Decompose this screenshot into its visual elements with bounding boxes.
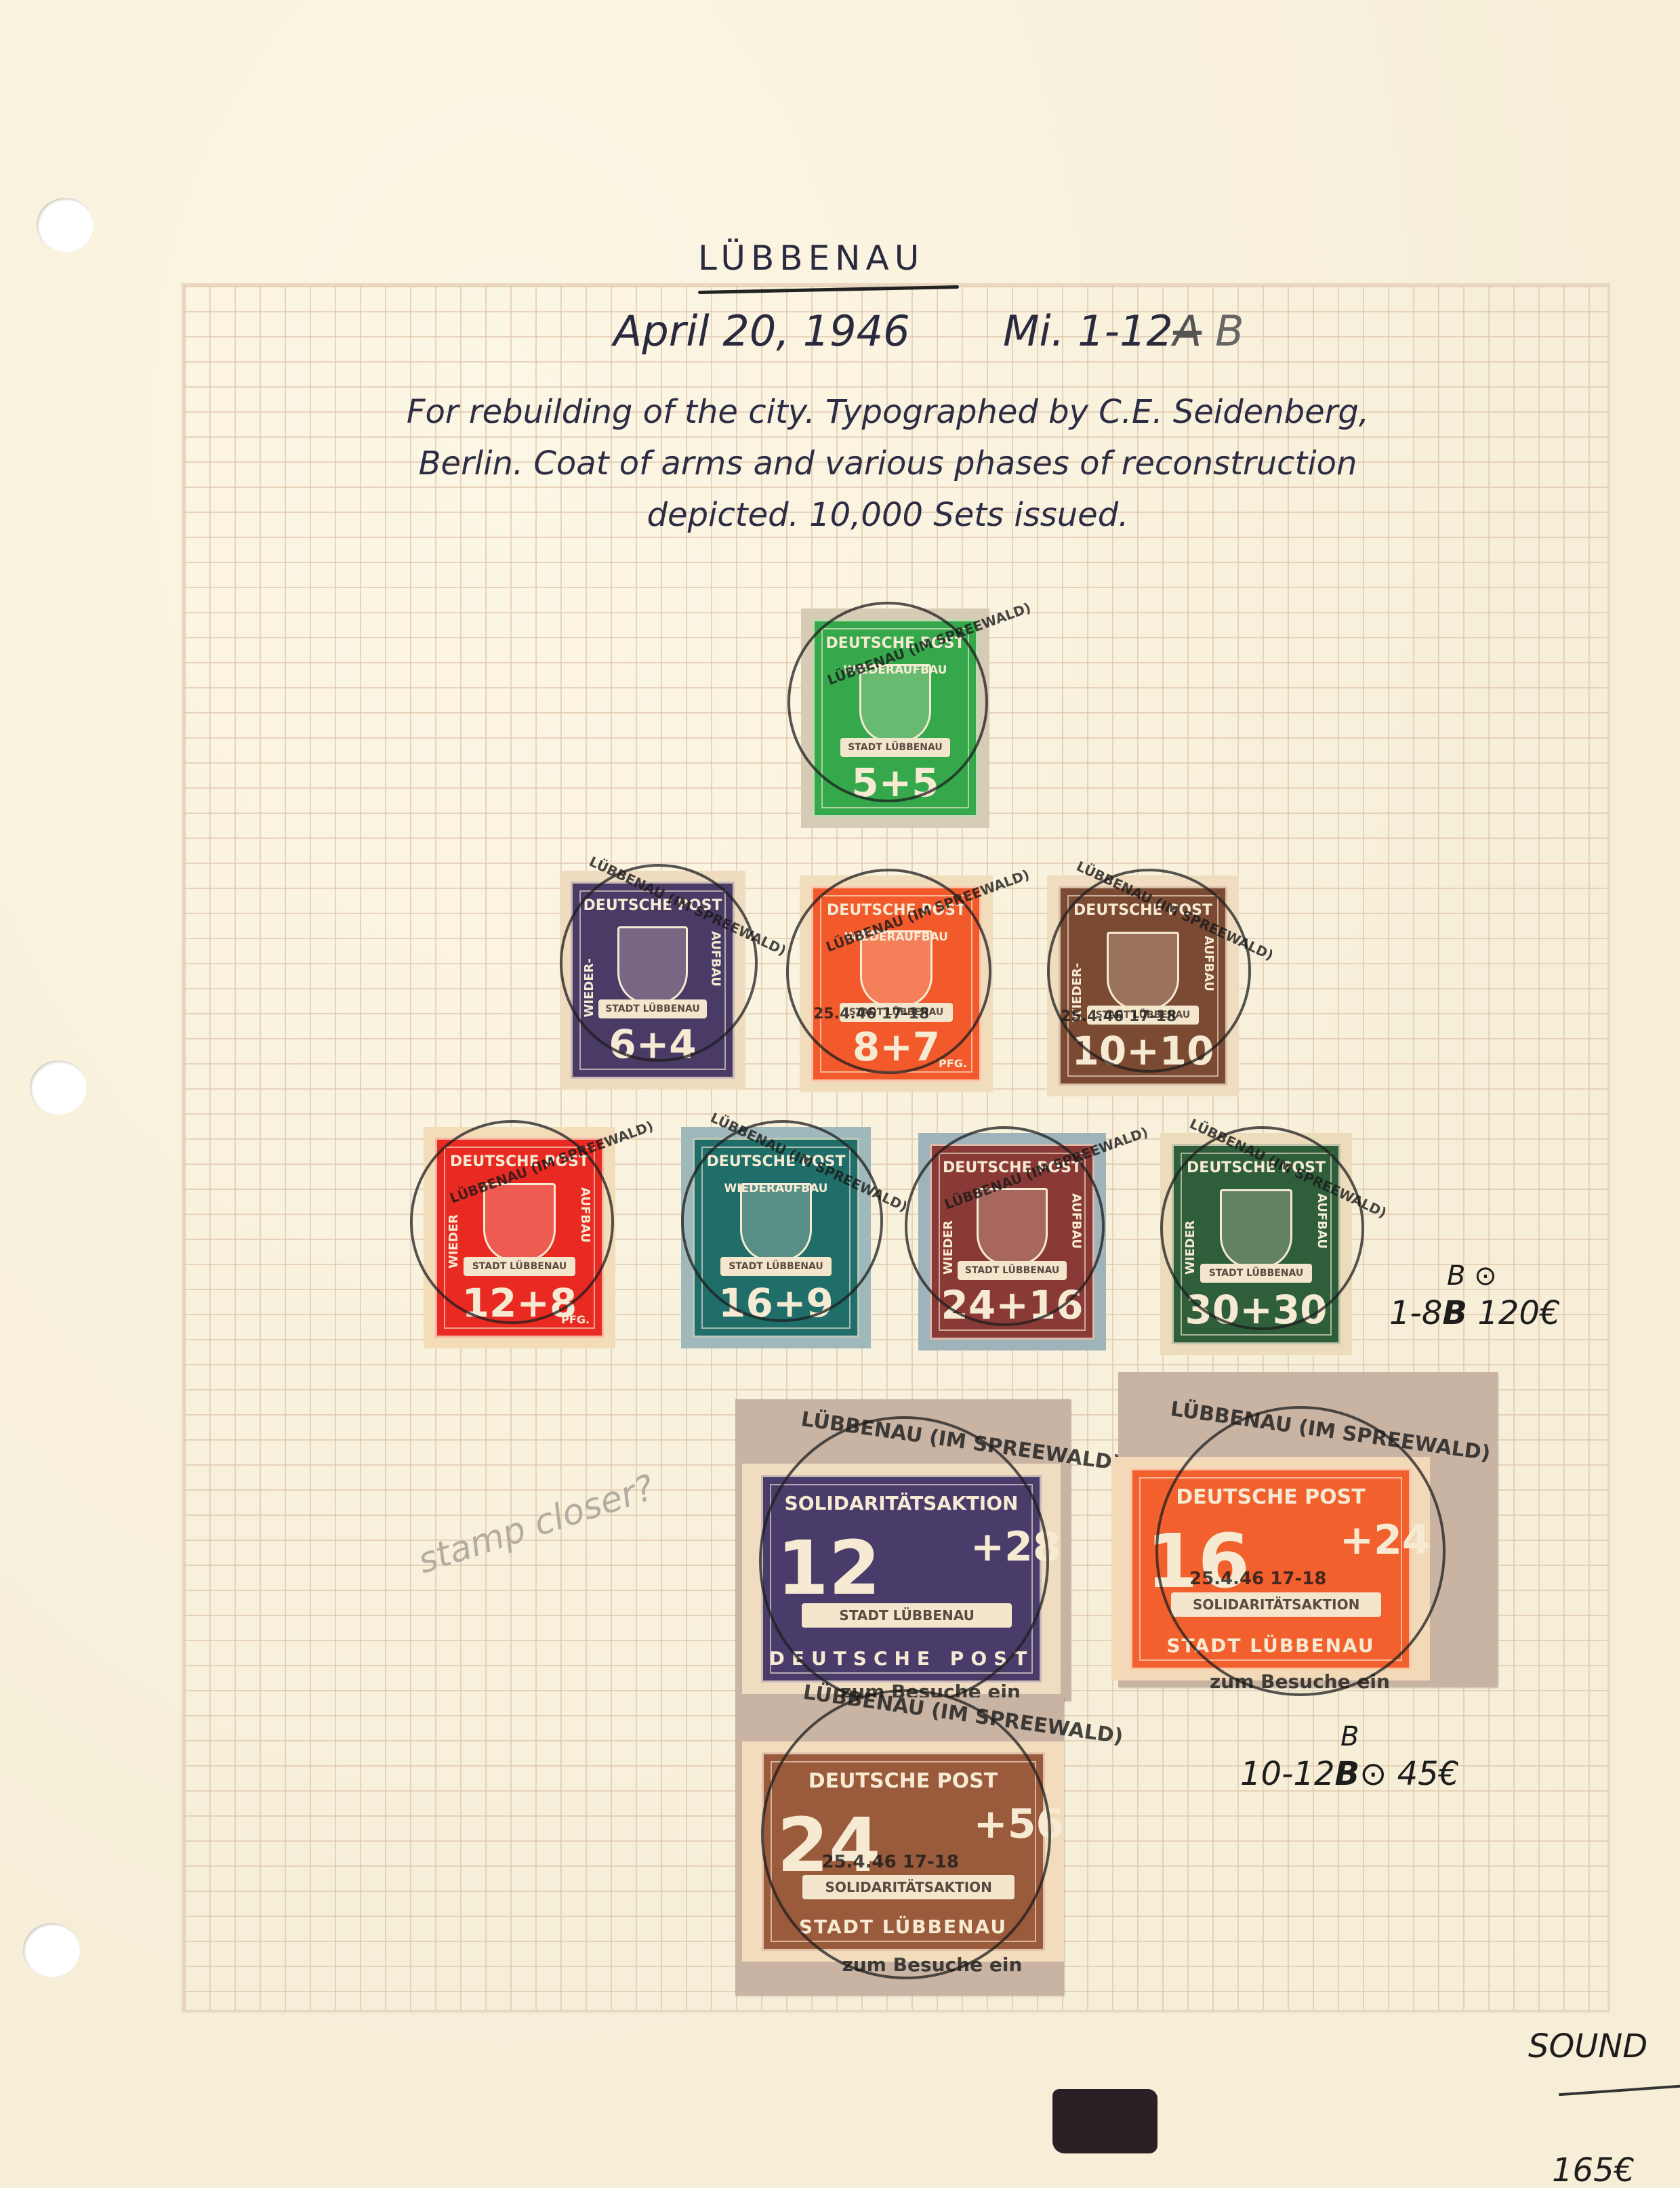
cancel-date: 25.4.46 17-18 (1189, 1569, 1326, 1589)
punch-hole (37, 198, 94, 252)
valuation-amount: 45€ (1397, 1755, 1460, 1793)
stamp-6-plus-4: DEUTSCHE POSTWIEDER-AUFBAUSTADT LÜBBENAU… (560, 871, 745, 1090)
valuation-1-8: B ⊙ 1-8B 120€ (1389, 1294, 1560, 1332)
valuation-mark: B (1442, 1294, 1467, 1332)
stamp-16-plus-9: DEUTSCHE POSTWIEDERAUFBAUSTADT LÜBBENAU1… (681, 1127, 871, 1348)
stamp-24-plus-16: DEUTSCHE POSTWIEDERAUFBAUSTADT LÜBBENAU2… (918, 1133, 1106, 1350)
punch-hole (30, 1060, 87, 1115)
stamp-pfg: PFG. (939, 1057, 967, 1070)
ink-blot (1052, 2089, 1157, 2153)
cancel-date: 25.4.46 17-18 (1061, 1008, 1176, 1025)
stamp-12-plus-28: SOLIDARITÄTSAKTION12+28STADT LÜBBENAUDEU… (742, 1464, 1061, 1694)
total-value: 165€ (1552, 2151, 1635, 2188)
page-title: LÜBBENAU (698, 239, 924, 278)
valuation-mark: B (1334, 1755, 1359, 1793)
valuation-range: 1-8 (1389, 1294, 1442, 1332)
catalog-number: Mi. 1-12A B (1003, 306, 1244, 356)
valuation-range: 10-12 (1240, 1755, 1334, 1793)
valuation-amount: 120€ (1477, 1294, 1560, 1332)
catalog-range: Mi. 1-12 (1003, 306, 1173, 356)
stamp-30-plus-30: DEUTSCHE POSTWIEDERAUFBAUSTADT LÜBBENAU3… (1160, 1133, 1352, 1355)
catalog-variant: B (1215, 306, 1244, 356)
cancel-date: 25.4.46 17-18 (813, 1006, 929, 1023)
stamp-8-plus-7: DEUTSCHE POSTWIEDERAUFBAUSTADT LÜBBENAU8… (800, 875, 993, 1092)
postmark-bottom-text: zum Besuche ein (842, 1954, 1023, 1976)
catalog-struck: A (1173, 306, 1202, 356)
stamp-10-plus-10: DEUTSCHE POSTWIEDER-AUFBAUSTADT LÜBBENAU… (1047, 875, 1239, 1096)
stamp-16-plus-24: DEUTSCHE POST16+24SOLIDARITÄTSAKTIONSTAD… (1111, 1457, 1430, 1680)
stamp-5-plus-5: DEUTSCHE POSTWIEDERAUFBAUSTADT LÜBBENAU5… (801, 608, 989, 828)
issue-date: April 20, 1946 (613, 306, 910, 356)
used-mark: ⊙ (1359, 1755, 1387, 1793)
valuation-sup-marks: B (1340, 1721, 1359, 1752)
stamp-24-plus-56: DEUTSCHE POST24+56SOLIDARITÄTSAKTIONSTAD… (742, 1741, 1064, 1962)
valuation-sup-marks: B ⊙ (1447, 1260, 1497, 1292)
stamp-12-plus-8: DEUTSCHE POSTWIEDERAUFBAUSTADT LÜBBENAU1… (424, 1127, 615, 1348)
condition-note: SOUND (1528, 2027, 1647, 2065)
description: For rebuilding of the city. Typographed … (352, 386, 1423, 541)
valuation-10-12: B 10-12B⊙ 45€ (1240, 1755, 1459, 1793)
postmark-bottom-text: zum Besuche ein (1210, 1670, 1390, 1693)
punch-hole (23, 1923, 80, 1977)
cancel-date: 25.4.46 17-18 (822, 1852, 959, 1872)
stamp-pfg: PFG. (561, 1313, 590, 1326)
